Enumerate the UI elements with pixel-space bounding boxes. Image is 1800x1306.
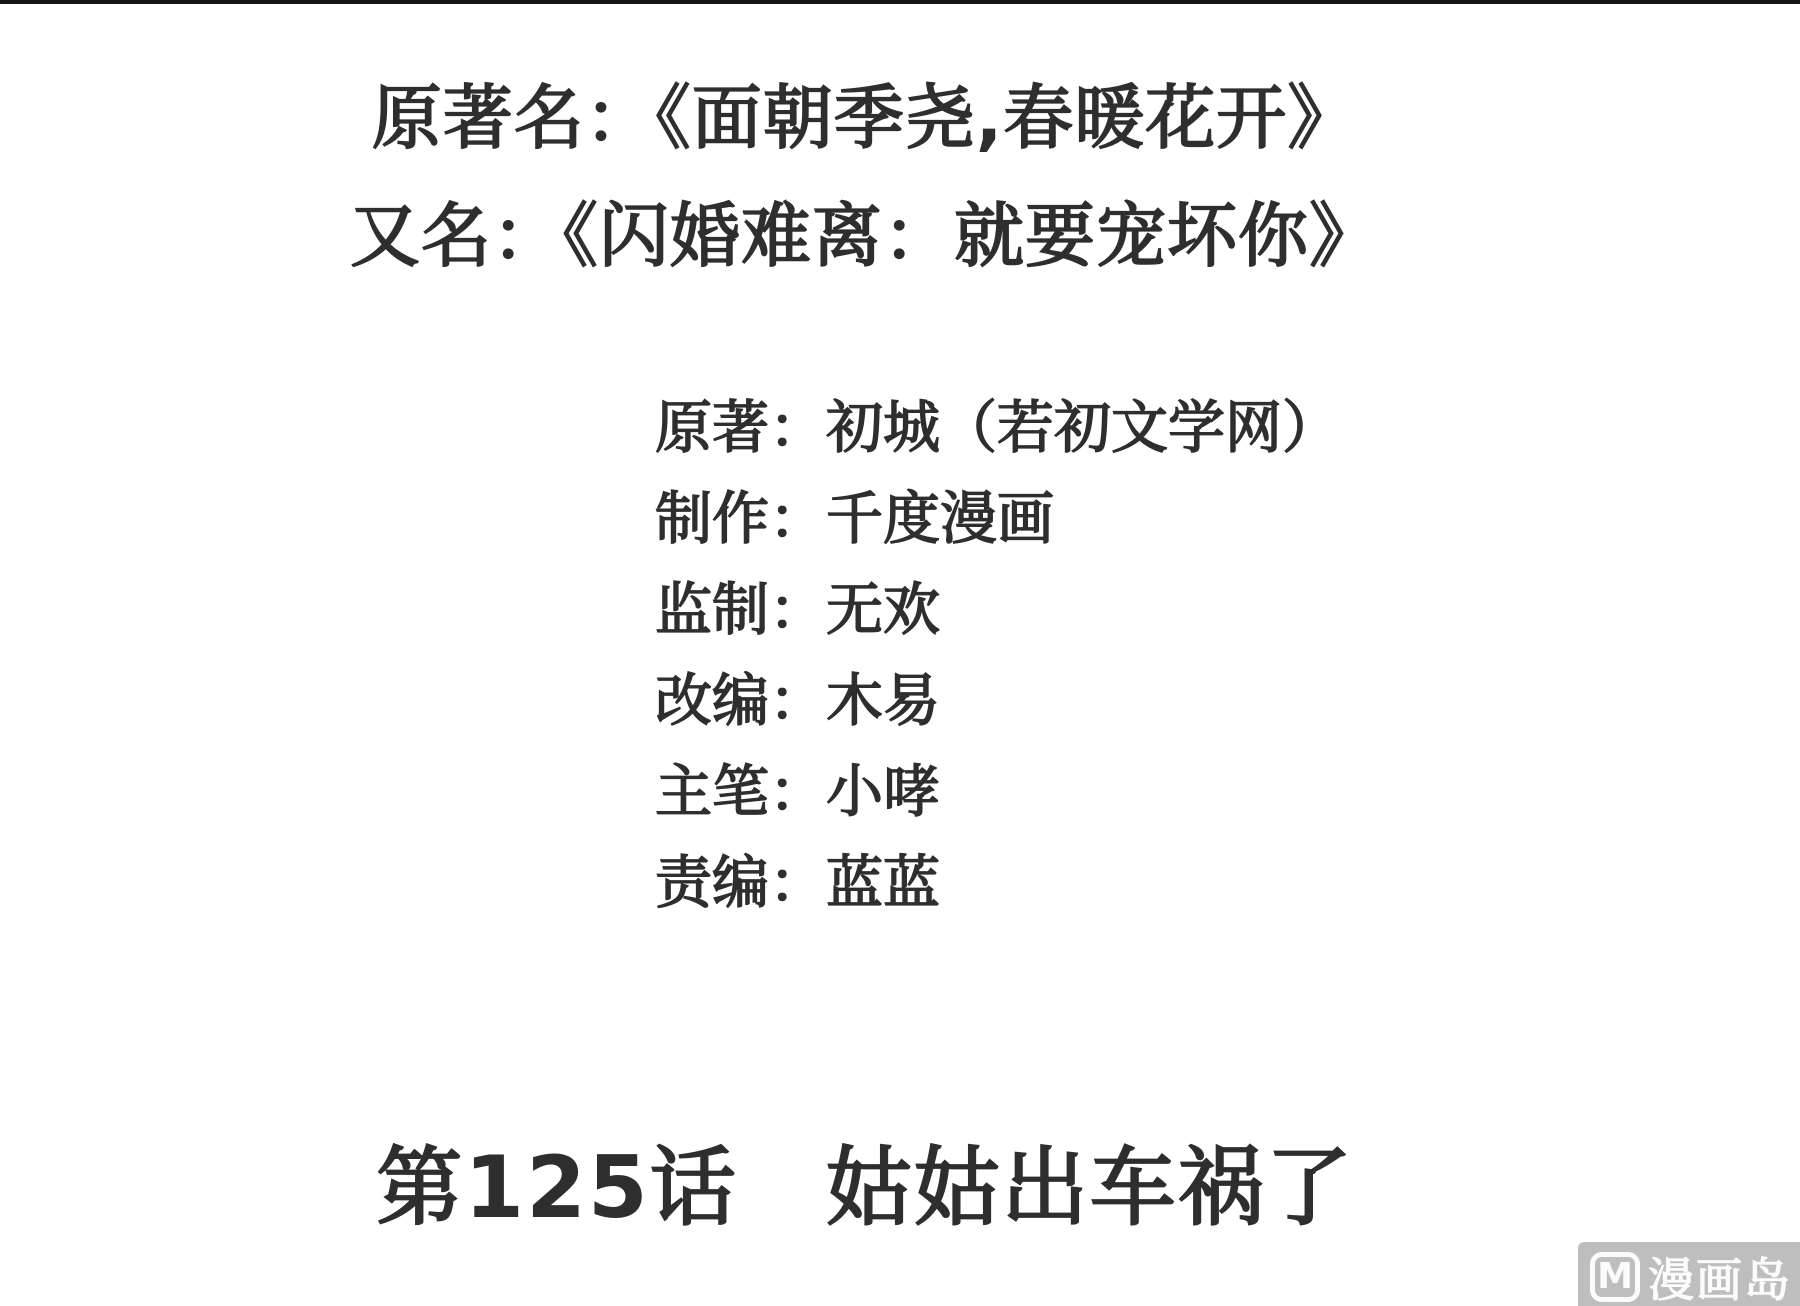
credit-line-adaptation: 改编：木易: [655, 671, 1339, 731]
logo-letter: M: [1597, 1259, 1633, 1295]
credit-line-lead-artist: 主笔：小哮: [655, 762, 1339, 822]
manga-credits-page: 原著名：《面朝季尧,春暖花开》 又名：《闪婚难离：就要宠坏你》 原著：初城（若初…: [0, 0, 1800, 1306]
manhuadao-watermark-badge: M 漫画岛: [1578, 1242, 1800, 1306]
credit-line-production: 制作：千度漫画: [655, 489, 1339, 549]
credits-block: 原著：初城（若初文学网） 制作：千度漫画 监制：无欢 改编：木易 主笔：小哮 责…: [655, 398, 1339, 913]
alias-title: 又名：《闪婚难离：就要宠坏你》: [0, 180, 1730, 281]
site-name-label: 漫画岛: [1648, 1244, 1792, 1306]
credit-line-original-author: 原著：初城（若初文学网）: [655, 398, 1339, 458]
original-work-title: 原著名：《面朝季尧,春暖花开》: [0, 62, 1730, 163]
credit-line-supervisor: 监制：无欢: [655, 580, 1339, 640]
credit-line-editor: 责编：蓝蓝: [655, 853, 1339, 913]
manhuadao-m-logo-icon: M: [1590, 1252, 1640, 1302]
top-border-line: [0, 0, 1800, 4]
chapter-title: 第125话 姑姑出车祸了: [0, 1118, 1730, 1242]
